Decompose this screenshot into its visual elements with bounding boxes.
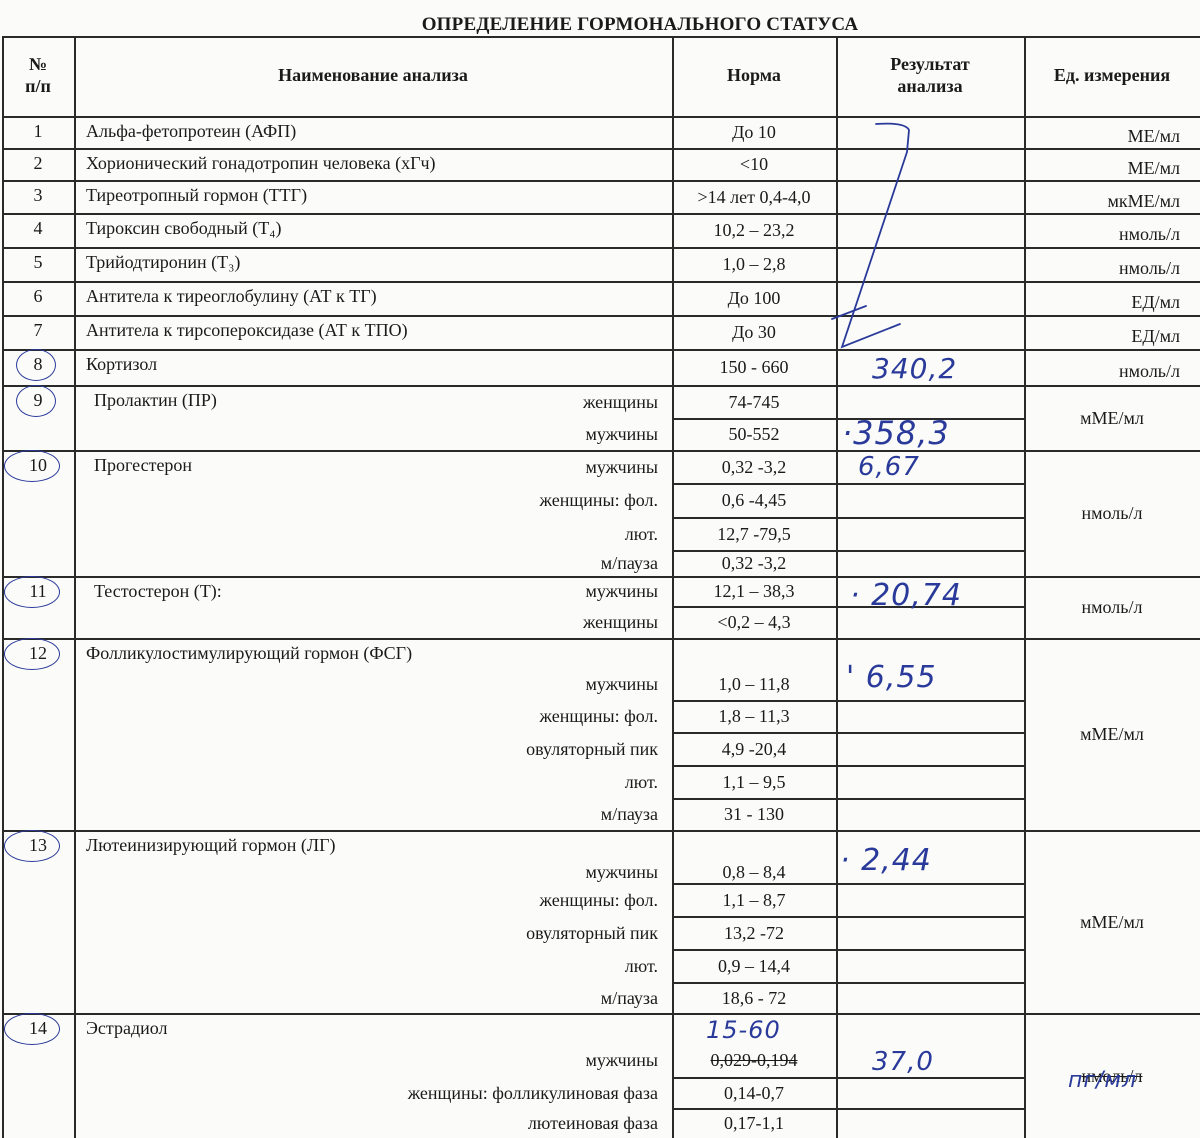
handwritten-bracket-mark (0, 0, 1200, 1138)
hormone-status-table: №п/пНаименование анализаНормаРезультатан… (0, 0, 1200, 1138)
